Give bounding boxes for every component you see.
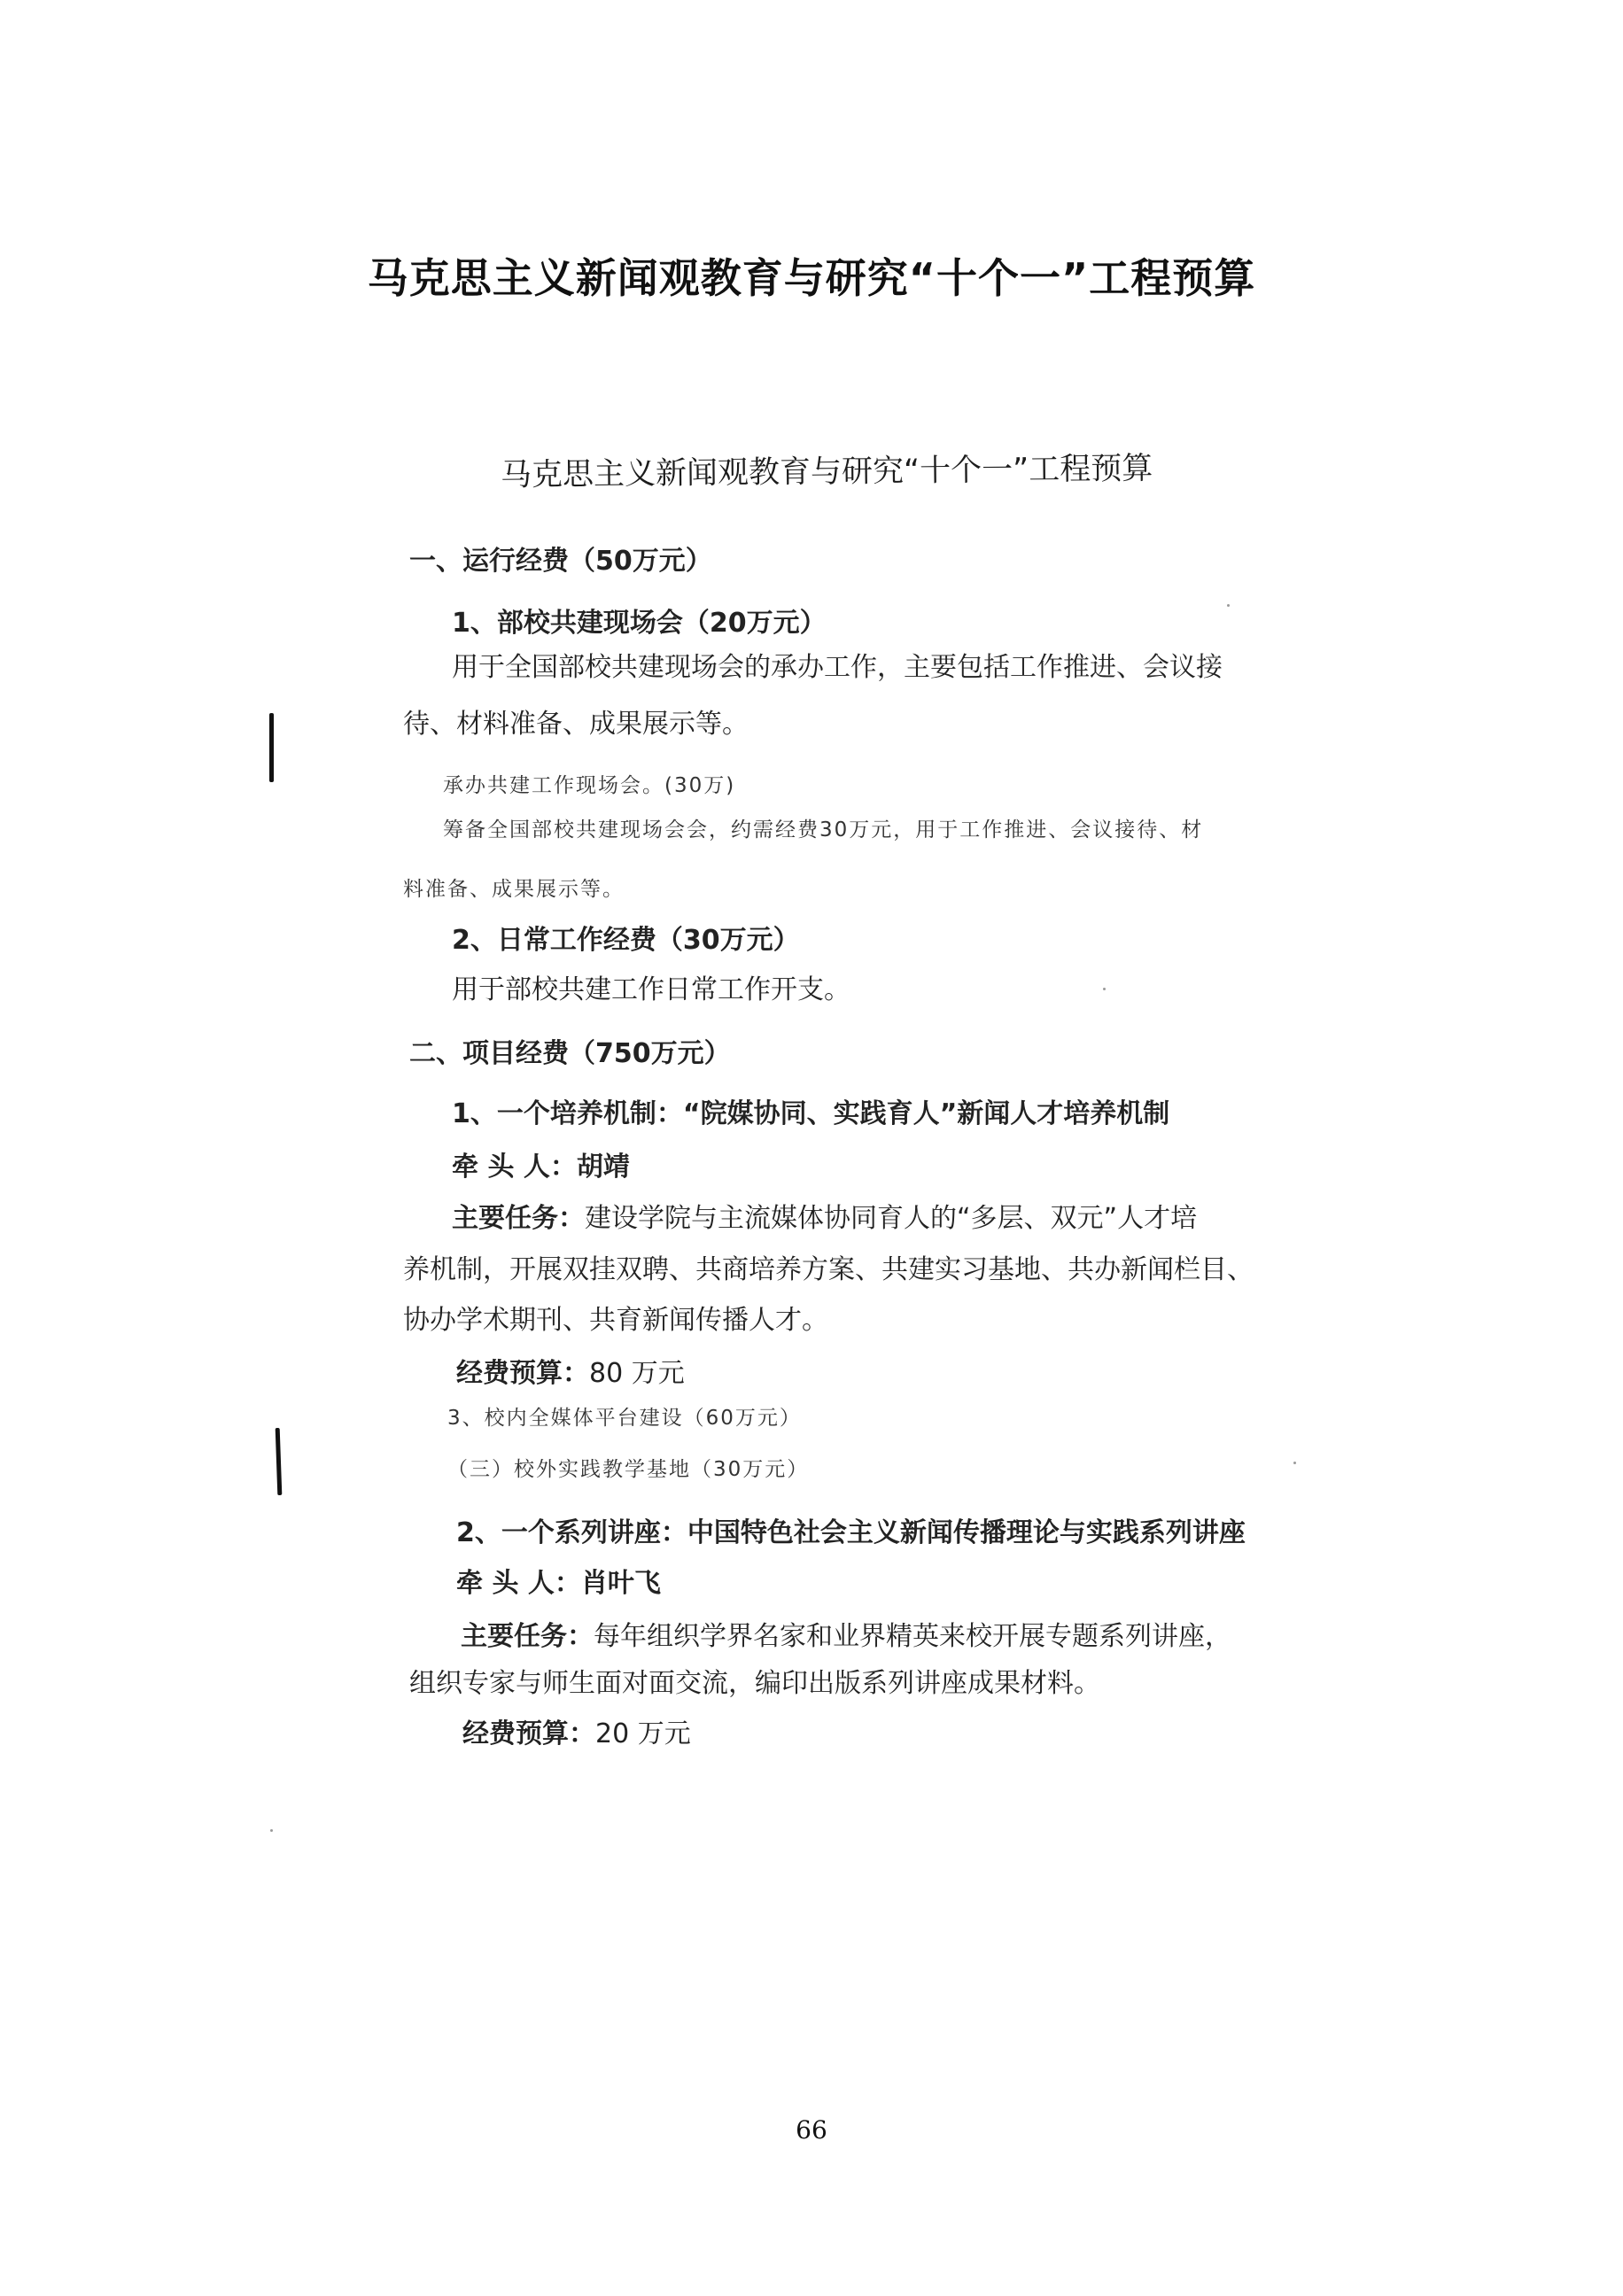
- section-2-item-1-leader: 牵 头 人：胡靖: [452, 1144, 630, 1183]
- section-2-item-1-heading: 1、一个培养机制：“院媒协同、实践育人”新闻人才培养机制: [452, 1091, 1169, 1130]
- section-2-heading: 二、项目经费（750万元）: [409, 1031, 731, 1070]
- scan-speck: [1227, 604, 1230, 607]
- margin-correction-mark: [269, 713, 274, 782]
- section-2-item-1-budget: 经费预算：80 万元: [456, 1351, 685, 1390]
- struck-note-line3: 料准备、成果展示等。: [403, 873, 625, 902]
- scanned-budget-page: 马克思主义新闻观教育与研究“十个一”工程预算 一、运行经费（50万元） 1、部校…: [0, 0, 1623, 2296]
- section-1-heading: 一、运行经费（50万元）: [409, 539, 712, 578]
- scan-speck: [1001, 1112, 1004, 1114]
- leader-label: 牵 头 人：: [452, 1152, 577, 1183]
- section-1-item-1-heading: 1、部校共建现场会（20万元）: [452, 601, 827, 640]
- section-2-item-2-task-line1: 主要任务：每年组织学界名家和业界精英来校开展专题系列讲座，: [461, 1614, 1231, 1653]
- section-1-item-1-desc-line1: 用于全国部校共建现场会的承办工作，主要包括工作推进、会议接: [452, 645, 1223, 684]
- page-number: 66: [0, 2115, 1623, 2145]
- budget-value: 80 万元: [589, 1358, 685, 1389]
- struck-note-line1: 3、校内全媒体平台建设（60万元）: [447, 1401, 802, 1431]
- section-2-item-2-heading: 2、一个系列讲座：中国特色社会主义新闻传播理论与实践系列讲座: [456, 1510, 1246, 1549]
- leader-name: 胡靖: [577, 1152, 630, 1183]
- leader-label: 牵 头 人：: [456, 1568, 581, 1599]
- section-2-item-1-task-line1: 主要任务：建设学院与主流媒体协同育人的“多层、双元”人才培: [452, 1196, 1197, 1235]
- leader-name: 肖叶飞: [581, 1568, 661, 1599]
- section-1-item-2-heading: 2、日常工作经费（30万元）: [452, 918, 800, 957]
- document-title: 马克思主义新闻观教育与研究“十个一”工程预算: [501, 444, 1153, 495]
- section-2-item-2-task-line2: 组织专家与师生面对面交流，编印出版系列讲座成果材料。: [409, 1661, 1100, 1700]
- struck-note-line2: 筹备全国部校共建现场会会，约需经费30万元，用于工作推进、会议接待、材: [443, 813, 1203, 842]
- task-label: 主要任务：: [461, 1621, 594, 1652]
- task-text: 建设学院与主流媒体协同育人的“多层、双元”人才培: [585, 1203, 1197, 1234]
- struck-note-line2: （三）校外实践教学基地（30万元）: [447, 1453, 809, 1482]
- budget-value: 20 万元: [595, 1718, 691, 1749]
- scan-speck: [1103, 988, 1106, 990]
- budget-label: 经费预算：: [462, 1718, 595, 1749]
- section-1-item-2-desc: 用于部校共建工作日常工作开支。: [452, 967, 850, 1006]
- section-2-item-2-budget: 经费预算：20 万元: [462, 1711, 691, 1750]
- section-2-item-2-leader: 牵 头 人：肖叶飞: [456, 1561, 661, 1600]
- task-label: 主要任务：: [452, 1203, 585, 1234]
- section-2-item-1-task-line3: 协办学术期刊、共育新闻传播人才。: [403, 1298, 828, 1337]
- budget-label: 经费预算：: [456, 1358, 589, 1389]
- task-text: 每年组织学界名家和业界精英来校开展专题系列讲座，: [594, 1621, 1231, 1652]
- margin-correction-mark: [276, 1428, 283, 1495]
- scan-speck: [1293, 1462, 1296, 1464]
- section-1-item-1-desc-line2: 待、材料准备、成果展示等。: [403, 702, 749, 741]
- section-2-item-1-task-line2: 养机制，开展双挂双聘、共商培养方案、共建实习基地、共办新闻栏目、: [403, 1247, 1254, 1286]
- scan-speck: [270, 1829, 273, 1832]
- struck-note-line1: 承办共建工作现场会。(30万): [443, 769, 735, 798]
